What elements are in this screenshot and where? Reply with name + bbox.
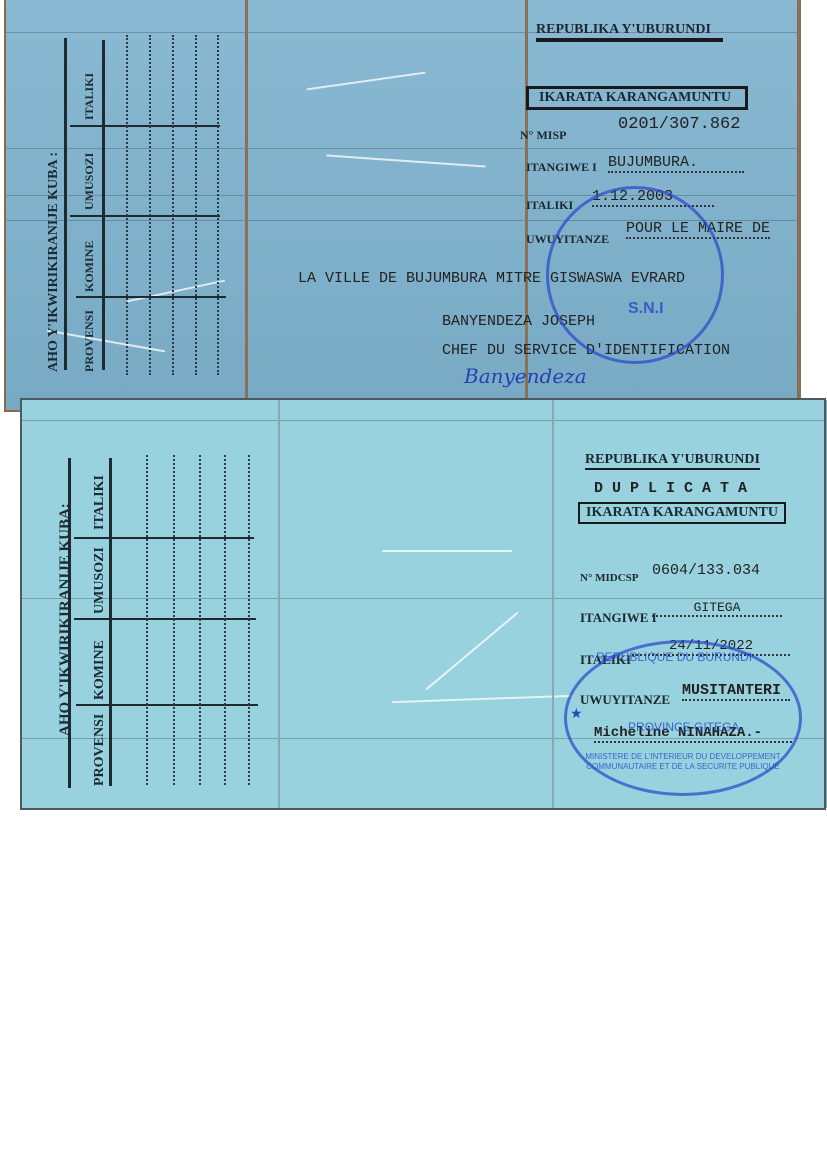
old-card-title: IKARATA KARANGAMUNTU [526, 86, 748, 110]
new-left-title: AHO Y'IKWIRIKIRANIJE KUBA: [57, 503, 74, 736]
dotted-line [217, 35, 219, 375]
new-middle-panel [280, 400, 554, 808]
new-stamp-bottom: MINISTERE DE L'INTERIEUR DU DEVELOPPEMEN… [578, 752, 788, 772]
old-stamp-text: S.N.I [628, 300, 664, 318]
old-issued-value: BUJUMBURA. [608, 154, 744, 173]
old-identity-card: AHO Y'IKWIRIKIRANIJE KUBA : PROVENSI KOM… [4, 0, 799, 412]
new-number-value: 0604/133.034 [652, 562, 760, 579]
new-col-umusozi: UMUSOZI [92, 547, 108, 614]
table-rule [64, 38, 67, 370]
old-official-stamp [546, 186, 724, 364]
dotted-line [172, 35, 174, 375]
new-issued-value: GITEGA [652, 600, 782, 617]
old-col-umusozi: UMUSOZI [82, 153, 97, 210]
dotted-line [149, 35, 151, 375]
old-republic-heading: REPUBLIKA Y'UBURUNDI [536, 22, 723, 42]
dotted-line [248, 455, 250, 785]
old-number-value: 0201/307.862 [618, 115, 740, 134]
table-rule [102, 40, 105, 370]
table-rule [70, 215, 220, 217]
old-signature: Banyendeza [464, 364, 587, 388]
table-rule [74, 618, 256, 620]
table-rule [70, 125, 220, 127]
new-col-provensi: PROVENSI [92, 714, 108, 786]
star-icon: ★ [570, 706, 583, 723]
table-rule [76, 296, 226, 298]
dotted-line [173, 455, 175, 785]
dotted-line [146, 455, 148, 785]
table-rule [74, 537, 254, 539]
old-left-panel: AHO Y'IKWIRIKIRANIJE KUBA : PROVENSI KOM… [6, 0, 248, 410]
old-number-label: N° MISP [520, 128, 566, 143]
new-stamp-top: REPUBLIQUE DU BURUNDI [596, 650, 752, 664]
new-stamp-middle: PROVINCE GITEGA [628, 720, 739, 734]
new-number-label: N° MIDCSP [580, 572, 638, 584]
dotted-line [195, 35, 197, 375]
old-left-title: AHO Y'IKWIRIKIRANIJE KUBA : [46, 152, 62, 372]
old-date-label: ITALIKI [526, 198, 573, 213]
new-card-title: IKARATA KARANGAMUNTU [578, 502, 786, 524]
new-duplicate-label: D U P L I C A T A [594, 480, 747, 497]
new-col-komine: KOMINE [92, 640, 108, 700]
old-col-italiki: ITALIKI [82, 73, 97, 120]
table-rule [76, 704, 258, 706]
new-identity-card: AHO Y'IKWIRIKIRANIJE KUBA: PROVENSI KOMI… [20, 398, 826, 810]
new-republic-heading: REPUBLIKA Y'UBURUNDI [585, 452, 760, 470]
old-issued-label: ITANGIWE I [526, 160, 597, 175]
dotted-line [126, 35, 128, 375]
new-col-italiki: ITALIKI [92, 475, 108, 530]
new-left-panel: AHO Y'IKWIRIKIRANIJE KUBA: PROVENSI KOMI… [22, 400, 280, 808]
dotted-line [224, 455, 226, 785]
old-col-provensi: PROVENSI [82, 310, 97, 372]
table-rule [109, 458, 112, 786]
new-issued-label: ITANGIWE I [580, 610, 657, 626]
dotted-line [199, 455, 201, 785]
old-col-komine: KOMINE [82, 241, 97, 292]
